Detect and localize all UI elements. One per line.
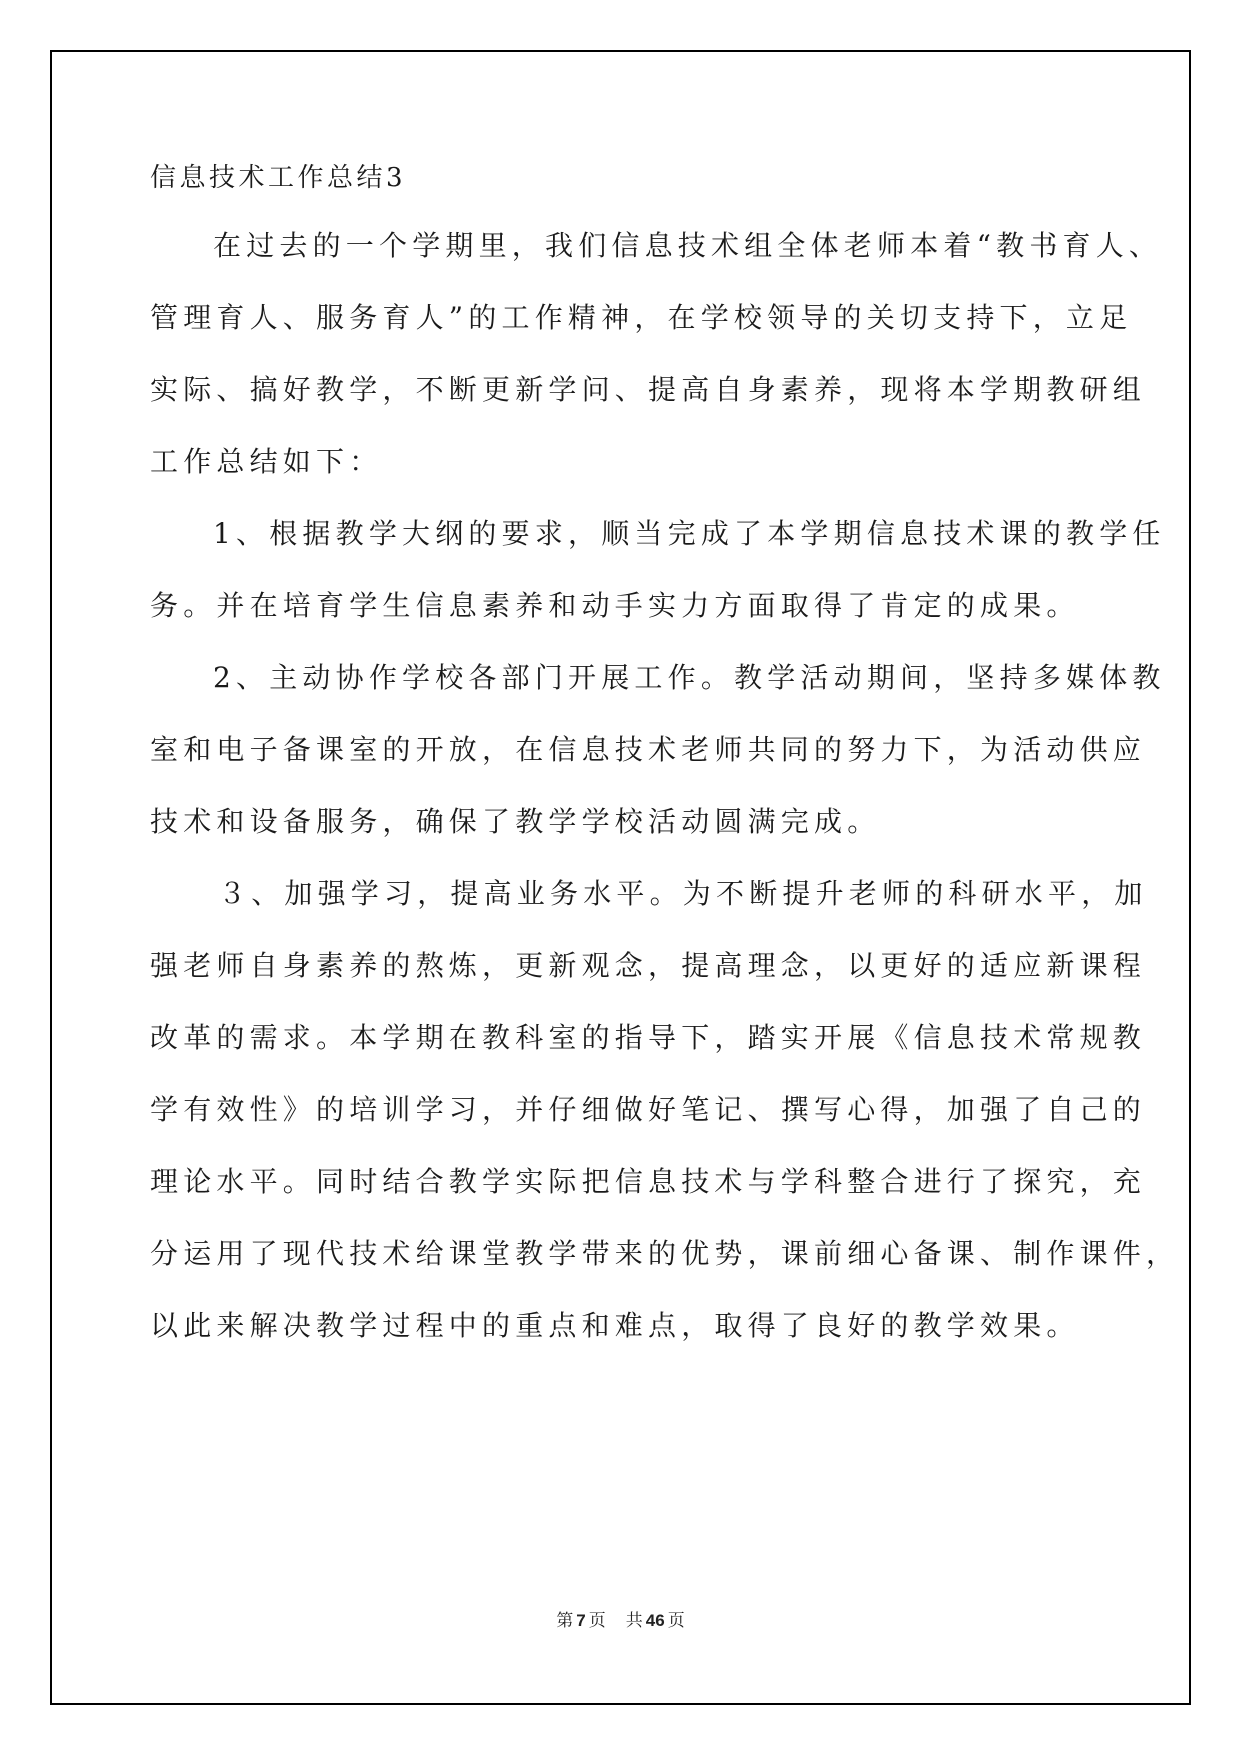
total-page-count: 46 <box>646 1611 665 1631</box>
paragraph-line: ３、加强学习，提高业务水平。为不断提升老师的科研水平，加 <box>218 876 1148 912</box>
paragraph-line: 工作总结如下： <box>150 444 382 480</box>
page-prefix: 第 <box>556 1606 573 1631</box>
paragraph-line: 2、主动协作学校各部门开展工作。教学活动期间，坚持多媒体教 <box>213 660 1166 696</box>
paragraph-line: 学有效性》的培训学习，并仔细做好笔记、撰写心得，加强了自己的 <box>150 1092 1146 1128</box>
total-suffix: 页 <box>668 1606 685 1631</box>
paragraph-line: 以此来解决教学过程中的重点和难点，取得了良好的教学效果。 <box>150 1308 1080 1344</box>
paragraph-line: 改革的需求。本学期在教科室的指导下，踏实开展《信息技术常规教 <box>150 1020 1146 1056</box>
document-title: 信息技术工作总结3 <box>150 160 406 196</box>
total-prefix: 共 <box>626 1606 643 1631</box>
page-footer: 第7页共46页 <box>0 1606 1241 1631</box>
page-suffix: 页 <box>589 1606 606 1631</box>
paragraph-line: 强老师自身素养的熬炼，更新观念，提高理念，以更好的适应新课程 <box>150 948 1146 984</box>
current-page-number: 7 <box>576 1611 585 1631</box>
paragraph-line: 实际、搞好教学，不断更新学问、提高自身素养，现将本学期教研组 <box>150 372 1146 408</box>
paragraph-line: 室和电子备课室的开放，在信息技术老师共同的努力下，为活动供应 <box>150 732 1146 768</box>
paragraph-line: 1、根据教学大纲的要求，顺当完成了本学期信息技术课的教学任 <box>213 516 1166 552</box>
paragraph-line: 务。并在培育学生信息素养和动手实力方面取得了肯定的成果。 <box>150 588 1080 624</box>
paragraph-line: 在过去的一个学期里，我们信息技术组全体老师本着“教书育人、 <box>213 228 1162 264</box>
paragraph-line: 技术和设备服务，确保了教学学校活动圆满完成。 <box>150 804 880 840</box>
paragraph-line: 分运用了现代技术给课堂教学带来的优势，课前细心备课、制作课件， <box>150 1236 1179 1272</box>
paragraph-line: 理论水平。同时结合教学实际把信息技术与学科整合进行了探究，充 <box>150 1164 1146 1200</box>
paragraph-line: 管理育人、服务育人”的工作精神，在学校领导的关切支持下，立足 <box>150 300 1132 336</box>
